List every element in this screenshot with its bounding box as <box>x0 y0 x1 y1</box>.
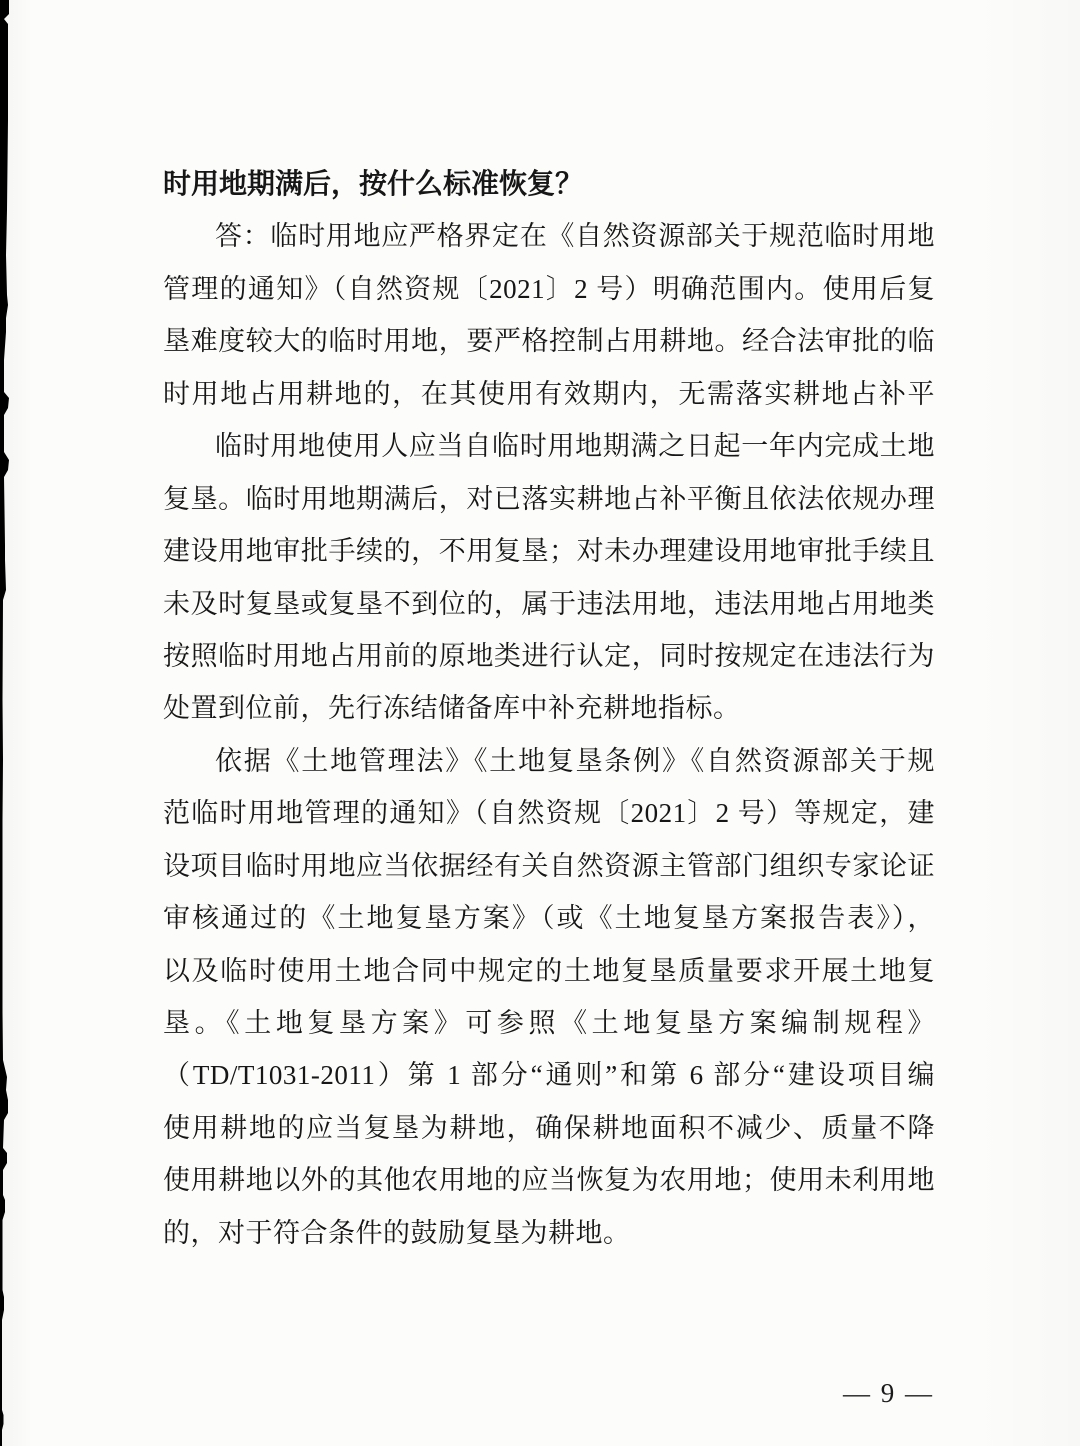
text-line: 垦。《土地复垦方案》可参照《土地复垦方案编制规程》 <box>163 997 935 1049</box>
text-line: 答：临时用地应严格界定在《自然资源部关于规范临时用地 <box>163 210 935 262</box>
scanned-document-page: { "document": { "heading": "时用地期满后，按什么标准… <box>0 0 1080 1446</box>
text-line: 垦难度较大的临时用地，要严格控制占用耕地。经合法审批的临 <box>163 315 935 367</box>
answer-paragraphs: 答：临时用地应严格界定在《自然资源部关于规范临时用地管理的通知》（自然资规〔20… <box>163 210 935 1259</box>
text-line: （TD/T1031-2011）第 1 部分“通则”和第 6 部分“建设项目编制”… <box>163 1049 935 1101</box>
text-line: 以及临时使用土地合同中规定的土地复垦质量要求开展土地复 <box>163 945 935 997</box>
document-body: 时用地期满后，按什么标准恢复？ 答：临时用地应严格界定在《自然资源部关于规范临时… <box>163 158 935 1259</box>
text-line: 处置到位前，先行冻结储备库中补充耕地指标。 <box>163 682 935 734</box>
scan-edge-artifact <box>0 0 20 1446</box>
paragraph: 依据《土地管理法》《土地复垦条例》《自然资源部关于规范临时用地管理的通知》（自然… <box>163 735 935 1259</box>
text-line: 建设用地审批手续的，不用复垦；对未办理建设用地审批手续且 <box>163 525 935 577</box>
text-line: 的，对于符合条件的鼓励复垦为耕地。 <box>163 1207 935 1259</box>
question-heading: 时用地期满后，按什么标准恢复？ <box>163 158 935 210</box>
text-line: 时用地占用耕地的，在其使用有效期内，无需落实耕地占补平衡。 <box>163 368 935 420</box>
text-line: 管理的通知》（自然资规〔2021〕2 号）明确范围内。使用后复 <box>163 263 935 315</box>
text-line: 审核通过的《土地复垦方案》（或《土地复垦方案报告表》）， <box>163 892 935 944</box>
text-line: 复垦。临时用地期满后，对已落实耕地占补平衡且依法依规办理 <box>163 473 935 525</box>
text-line: 依据《土地管理法》《土地复垦条例》《自然资源部关于规 <box>163 735 935 787</box>
text-line: 临时用地使用人应当自临时用地期满之日起一年内完成土地 <box>163 420 935 472</box>
text-line: 范临时用地管理的通知》（自然资规〔2021〕2 号）等规定，建 <box>163 787 935 839</box>
text-line: 使用耕地以外的其他农用地的应当恢复为农用地；使用未利用地 <box>163 1154 935 1206</box>
paragraph: 答：临时用地应严格界定在《自然资源部关于规范临时用地管理的通知》（自然资规〔20… <box>163 210 935 420</box>
text-line: 设项目临时用地应当依据经有关自然资源主管部门组织专家论证 <box>163 840 935 892</box>
paragraph: 临时用地使用人应当自临时用地期满之日起一年内完成土地复垦。临时用地期满后，对已落… <box>163 420 935 735</box>
text-line: 未及时复垦或复垦不到位的，属于违法用地，违法用地占用地类 <box>163 578 935 630</box>
text-line: 按照临时用地占用前的原地类进行认定，同时按规定在违法行为 <box>163 630 935 682</box>
page-number: — 9 — <box>843 1378 934 1409</box>
text-line: 使用耕地的应当复垦为耕地，确保耕地面积不减少、质量不降低； <box>163 1102 935 1154</box>
